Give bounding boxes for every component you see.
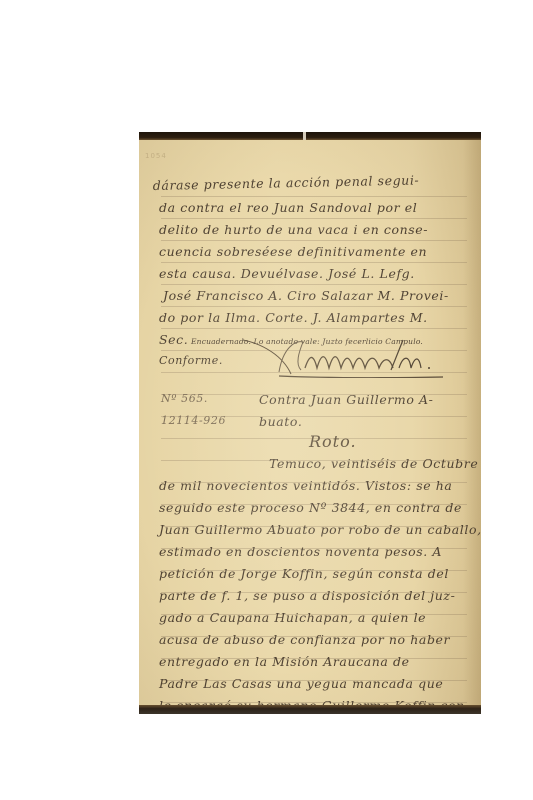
case-number: Nº 565. <box>161 392 208 405</box>
closing-text: Conforme. <box>159 354 223 367</box>
signature-mark <box>243 334 443 378</box>
ruled-line <box>161 262 467 263</box>
handwritten-line: de mil novecientos veintidós. Vistos: se… <box>159 478 453 493</box>
ruled-line <box>161 240 467 241</box>
handwritten-line: dárase presente la acción penal segui- <box>153 172 420 193</box>
handwritten-line: estimado en doscientos noventa pesos. A <box>159 544 442 559</box>
handwritten-line: da contra el reo Juan Sandoval por el <box>159 200 417 215</box>
handwritten-line: gado a Caupana Huichapan, a quien le <box>159 610 426 625</box>
ruled-line <box>161 218 467 219</box>
handwritten-line: Sec. <box>159 332 189 347</box>
case-heading-line: Contra Juan Guillermo A- <box>259 392 434 407</box>
handwritten-line: Padre Las Casas una yegua mancada que <box>159 676 443 691</box>
document-photo: 1054 dárase presente la acción penal seg… <box>139 132 481 714</box>
handwritten-line: petición de Jorge Koffin, según consta d… <box>159 566 449 581</box>
handwritten-line: delito de hurto de una vaca i en conse- <box>159 222 428 237</box>
ruled-line <box>161 306 467 307</box>
light-glint <box>303 132 306 140</box>
handwritten-line: do por la Ilma. Corte. J. Alampartes M. <box>159 310 428 325</box>
handwritten-line: seguido este proceso Nº 3844, en contra … <box>159 500 462 515</box>
handwritten-line: esta causa. Devuélvase. José L. Lefg. <box>159 266 415 281</box>
handwritten-line: entregado en la Misión Araucana de <box>159 654 410 669</box>
ruled-line <box>161 196 467 197</box>
ruled-line <box>161 284 467 285</box>
handwritten-line: acusa de abuso de confianza por no haber <box>159 632 450 647</box>
handwritten-line: cuencia sobreséese definitivamente en <box>159 244 427 259</box>
handwritten-line: parte de f. 1, se puso a disposición del… <box>159 588 455 603</box>
ruled-line <box>161 328 467 329</box>
handwritten-line: Temuco, veintiséis de Octubre <box>269 456 478 471</box>
file-reference: 12114-926 <box>161 414 226 427</box>
binding-bottom-edge <box>139 705 481 714</box>
case-title: Roto. <box>309 432 357 451</box>
page-shadow <box>463 140 481 705</box>
folio-stamp: 1054 <box>145 152 167 160</box>
binding-top-edge <box>139 132 481 140</box>
case-heading-line: buato. <box>259 414 302 429</box>
handwritten-line: José Francisco A. Ciro Salazar M. Provei… <box>163 288 449 303</box>
handwritten-line: Juan Guillermo Abuato por robo de un cab… <box>159 522 481 537</box>
